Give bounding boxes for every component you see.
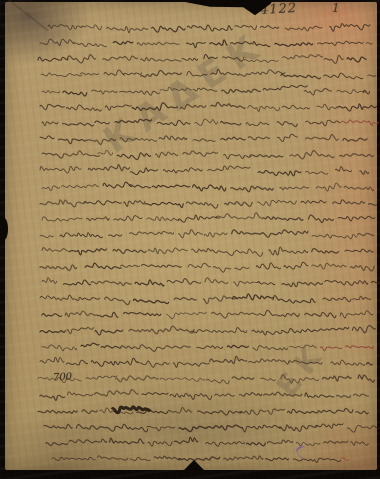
inline-number-700: 700	[53, 372, 72, 384]
left-edge-tear	[0, 218, 8, 240]
page-number: 1	[332, 1, 341, 15]
scanned-document: ΚΑΔΕΚ ΕΚ 4122 1 700	[0, 0, 380, 479]
manuscript-paper	[5, 2, 377, 470]
